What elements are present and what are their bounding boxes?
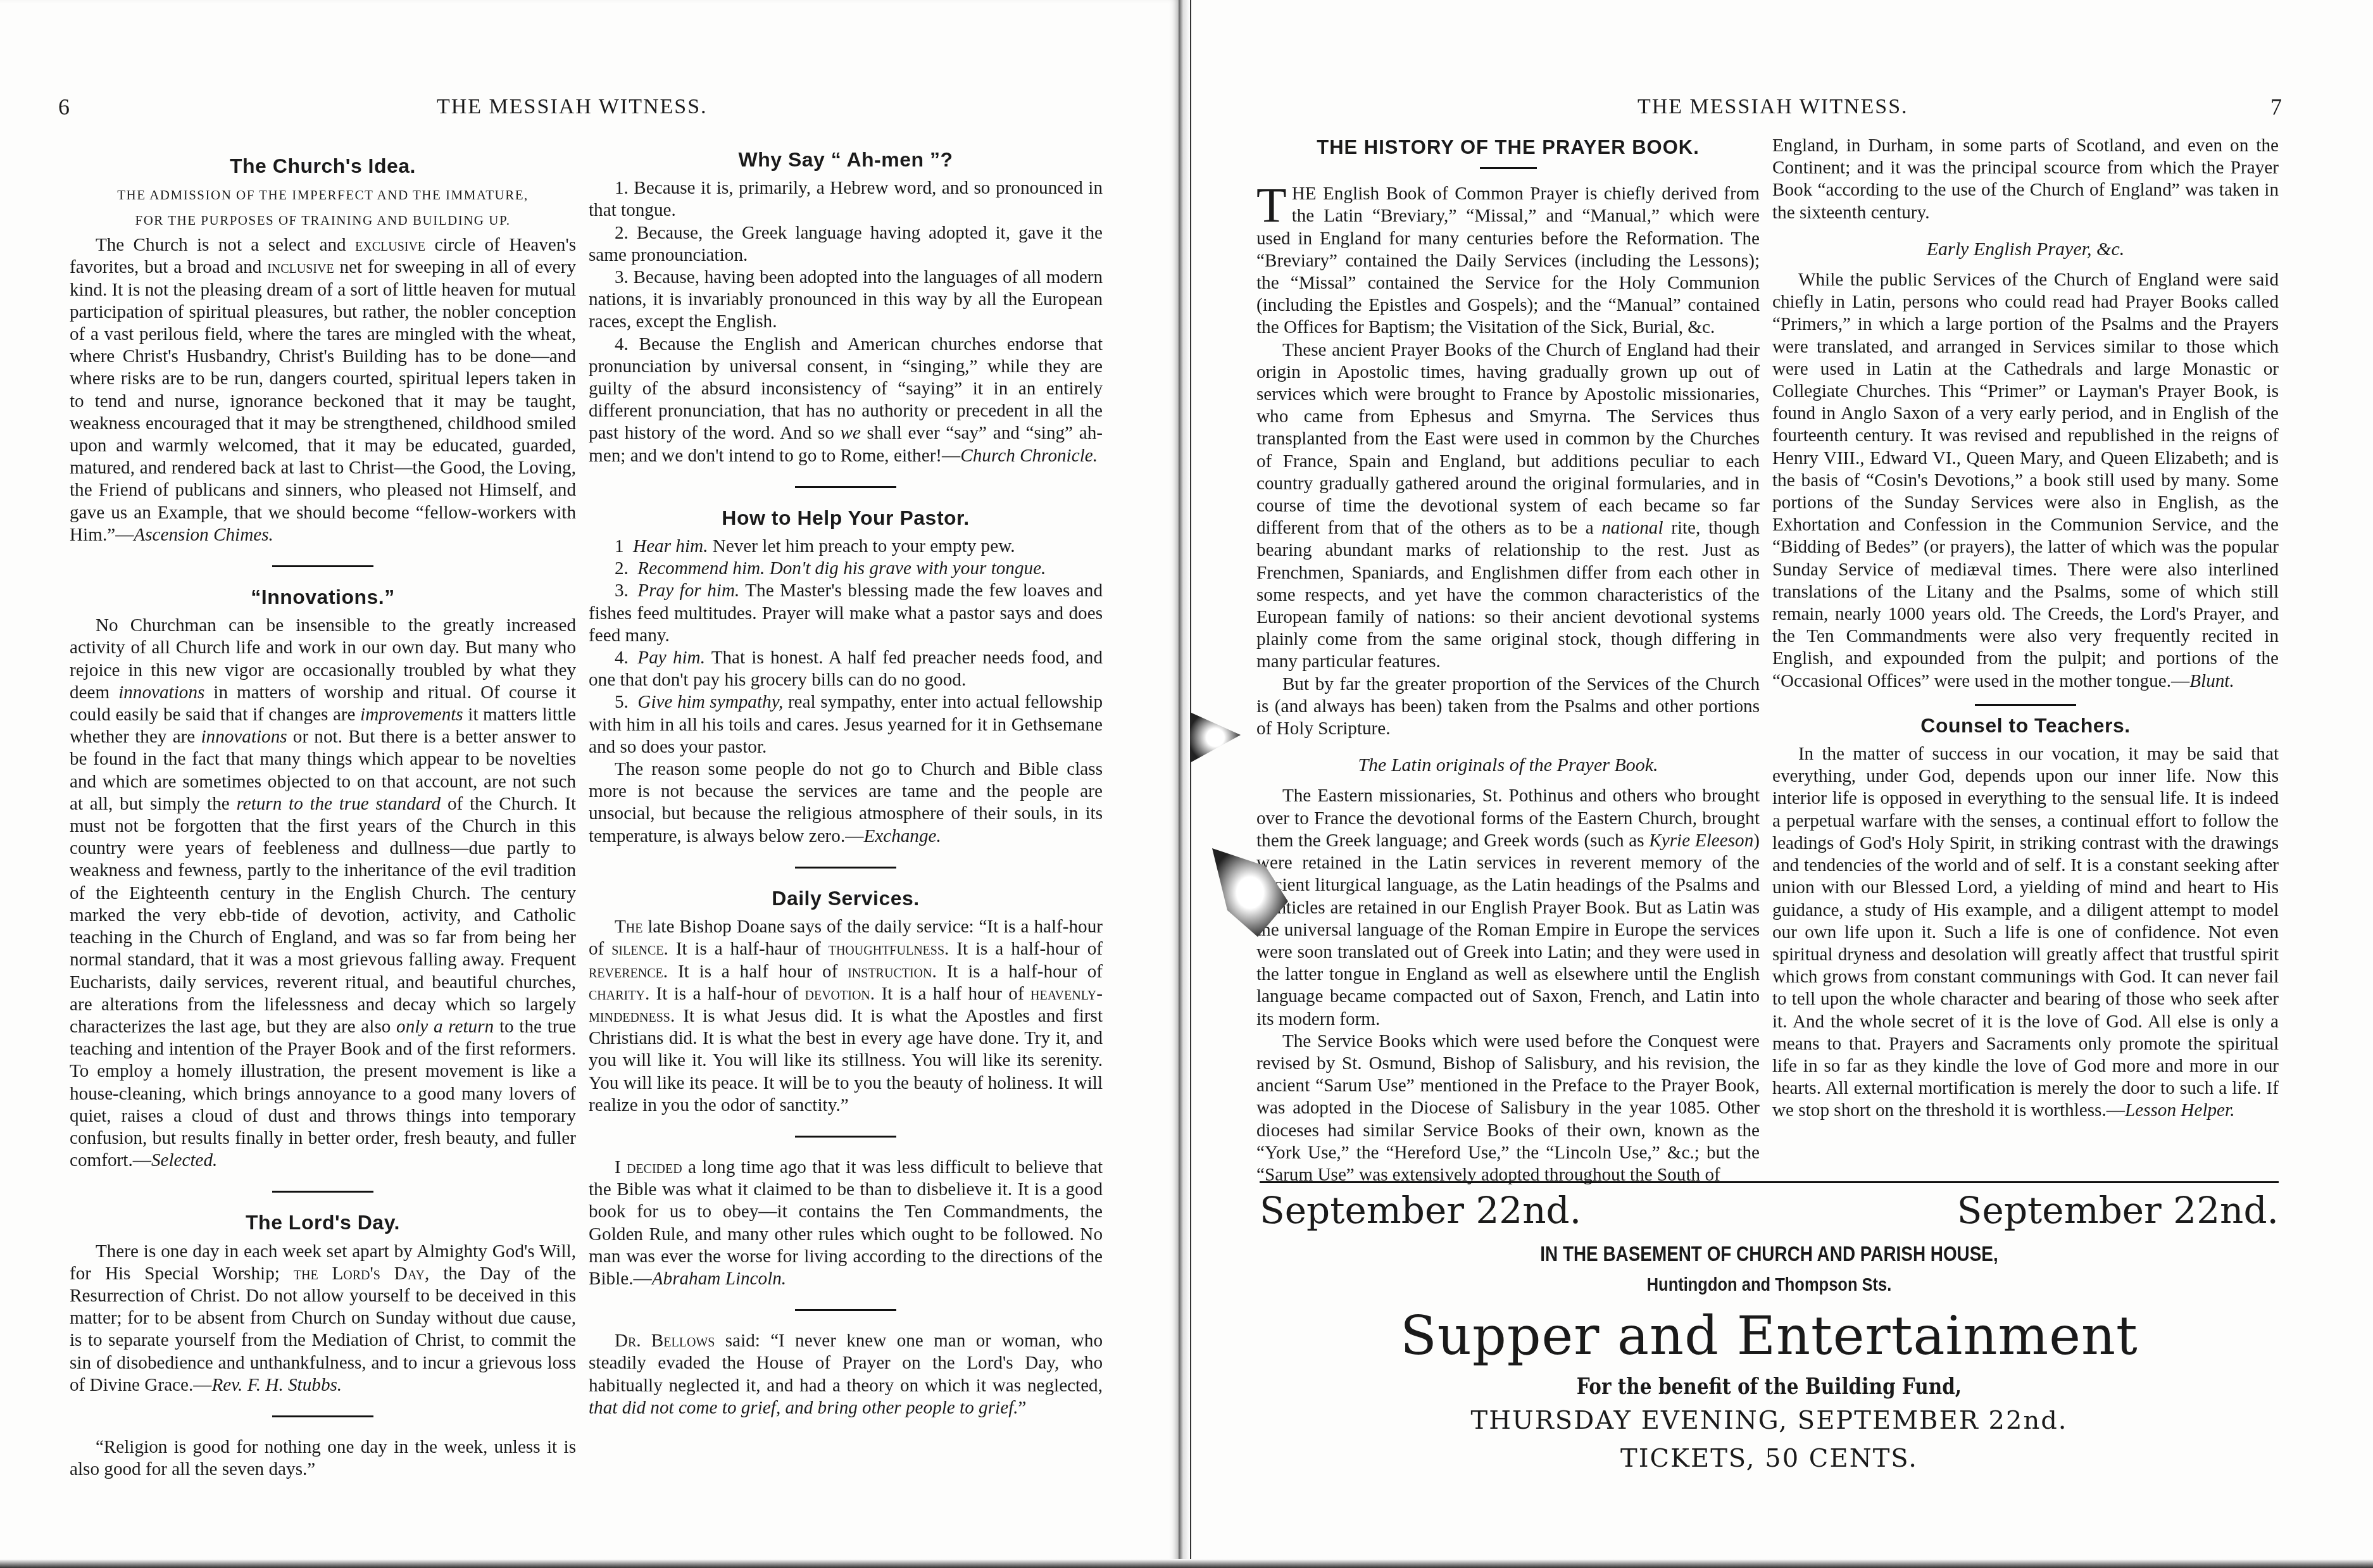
ad-date-time: THURSDAY EVENING, SEPTEMBER 22nd. <box>1260 1406 2279 1435</box>
article-source: Selected. <box>151 1150 218 1170</box>
running-head-left: THE MESSIAH WITNESS. <box>437 95 708 119</box>
article-latin-originals: The Latin originals of the Prayer Book. … <box>1256 754 1760 1186</box>
section-divider <box>795 486 896 488</box>
list-item: 4. Because the English and American chur… <box>589 334 1103 467</box>
list-item: 1 Hear him. Never let him preach to your… <box>589 536 1103 558</box>
section-divider <box>1975 704 2076 706</box>
ad-location: IN THE BASEMENT OF CHURCH AND PARISH HOU… <box>1351 1242 2187 1267</box>
article-continuation: England, in Durham, in some parts of Sco… <box>1772 135 2279 224</box>
section-divider <box>795 867 896 869</box>
list-item: 3. Pray for him. The Master's blessing m… <box>589 580 1103 647</box>
article-bellows: Dr. Bellows said: “I never knew one man … <box>589 1330 1103 1419</box>
section-subtitle: The Latin originals of the Prayer Book. <box>1256 754 1760 776</box>
article-counsel-teachers: Counsel to Teachers. In the matter of su… <box>1772 715 2279 1122</box>
article-body: The reason some people do not go to Chur… <box>589 758 1103 848</box>
article-title: Why Say “ Ah-men ”? <box>589 149 1103 171</box>
list-item: 5. Give him sympathy, real sympathy, ent… <box>589 691 1103 758</box>
title-rule <box>1480 167 1537 169</box>
list-item: 2. Because, the Greek language having ad… <box>589 222 1103 267</box>
article-why-say-ahmen: Why Say “ Ah-men ”? 1. Because it is, pr… <box>589 149 1103 467</box>
ad-date-left: September 22nd. <box>1260 1189 1581 1232</box>
article-body: In the matter of success in our vocation… <box>1772 743 2279 1122</box>
article-title: Daily Services. <box>589 887 1103 910</box>
article-early-english-prayer: Early English Prayer, &c. While the publ… <box>1772 238 2279 693</box>
article-title: Counsel to Teachers. <box>1772 715 2279 737</box>
article-title: “Innovations.” <box>70 586 576 608</box>
article-source: Rev. F. H. Stubbs. <box>212 1375 342 1395</box>
article-churchs-idea: The Church's Idea. THE ADMISSION OF THE … <box>70 155 576 546</box>
article-body: These ancient Prayer Books of the Church… <box>1256 339 1760 674</box>
article-daily-services: Daily Services. The late Bishop Doane sa… <box>589 887 1103 1117</box>
article-title: How to Help Your Pastor. <box>589 507 1103 529</box>
ad-benefit: For the benefit of the Building Fund, <box>1351 1373 2187 1400</box>
section-divider <box>272 1415 373 1417</box>
ad-tickets: TICKETS, 50 CENTS. <box>1260 1444 2279 1473</box>
article-body: The late Bishop Doane says of the daily … <box>589 916 1103 1117</box>
article-body: The Church is not a select and exclusive… <box>70 234 576 546</box>
advertisement-divider <box>1260 1181 2279 1183</box>
ad-headline: Supper and Entertainment <box>1260 1305 2279 1367</box>
ad-date-right: September 22nd. <box>1957 1189 2279 1232</box>
ad-streets: Huntingdon and Thompson Sts. <box>1336 1274 2203 1296</box>
article-source: Ascension Chimes. <box>134 525 273 545</box>
section-divider <box>795 1136 896 1138</box>
article-title: The Lord's Day. <box>70 1212 576 1234</box>
article-body: There is one day in each week set apart … <box>70 1241 576 1396</box>
article-body: The Service Books which were used before… <box>1256 1031 1760 1186</box>
list-item: 2. Recommend him. Don't dig his grave wi… <box>589 558 1103 580</box>
article-title: THE HISTORY OF THE PRAYER BOOK. <box>1256 136 1760 158</box>
article-body: Dr. Bellows said: “I never knew one man … <box>589 1330 1103 1419</box>
article-source: Abraham Lincoln. <box>652 1269 786 1289</box>
left-column-1: The Church's Idea. THE ADMISSION OF THE … <box>70 155 576 1481</box>
article-subhead: FOR THE PURPOSES OF TRAINING AND BUILDIN… <box>70 209 576 232</box>
page-number-right: 7 <box>2270 94 2282 120</box>
list-item: 3. Because, having been adopted into the… <box>589 267 1103 334</box>
religion-quote: “Religion is good for nothing one day in… <box>70 1436 576 1481</box>
left-page: 6 THE MESSIAH WITNESS. The Church's Idea… <box>0 0 1180 1568</box>
article-source: Lesson Helper. <box>2125 1100 2235 1120</box>
right-column-1: THE HISTORY OF THE PRAYER BOOK. THE Engl… <box>1256 136 1760 1186</box>
page-bottom-edge <box>0 1559 2373 1568</box>
article-lincoln: I decided a long time ago that it was le… <box>589 1157 1103 1290</box>
ad-dates: September 22nd. September 22nd. <box>1260 1189 2279 1232</box>
section-divider <box>795 1309 896 1311</box>
article-innovations: “Innovations.” No Churchman can be insen… <box>70 586 576 1172</box>
article-body: The Eastern missionaries, St. Pothinus a… <box>1256 785 1760 1030</box>
advertisement-supper: September 22nd. September 22nd. IN THE B… <box>1260 1185 2279 1473</box>
list-item: 4. Pay him. That is honest. A half fed p… <box>589 647 1103 691</box>
section-divider <box>272 1191 373 1193</box>
right-column-2: England, in Durham, in some parts of Sco… <box>1772 135 2279 1122</box>
article-source: Exchange. <box>863 826 941 846</box>
article-body: But by far the greater proportion of the… <box>1256 674 1760 741</box>
article-body: THE English Book of Common Prayer is chi… <box>1256 183 1760 339</box>
article-title: The Church's Idea. <box>70 155 576 177</box>
article-lords-day: The Lord's Day. There is one day in each… <box>70 1212 576 1396</box>
article-help-pastor: How to Help Your Pastor. 1 Hear him. Nev… <box>589 507 1103 848</box>
article-source: Blunt. <box>2189 671 2234 691</box>
left-column-2: Why Say “ Ah-men ”? 1. Because it is, pr… <box>589 149 1103 1419</box>
drop-cap: T <box>1256 185 1287 225</box>
running-head-right: THE MESSIAH WITNESS. <box>1637 95 1908 119</box>
page-gutter <box>1179 0 1190 1568</box>
section-subtitle: Early English Prayer, &c. <box>1772 238 2279 260</box>
article-body: I decided a long time ago that it was le… <box>589 1157 1103 1290</box>
article-source: Church Chronicle. <box>960 446 1098 466</box>
page-number-left: 6 <box>58 94 70 120</box>
article-body: While the public Services of the Church … <box>1772 269 2279 693</box>
section-divider <box>272 565 373 567</box>
article-subhead: THE ADMISSION OF THE IMPERFECT AND THE I… <box>70 184 576 206</box>
article-body: No Churchman can be insensible to the gr… <box>70 615 576 1172</box>
article-history-prayer-book: THE HISTORY OF THE PRAYER BOOK. THE Engl… <box>1256 136 1760 740</box>
list-item: 1. Because it is, primarily, a Hebrew wo… <box>589 177 1103 222</box>
